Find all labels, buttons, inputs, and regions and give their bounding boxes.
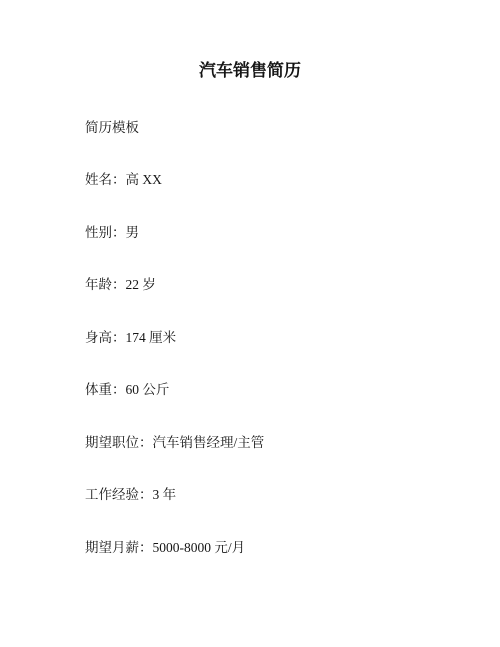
colon-separator: ： bbox=[112, 382, 126, 397]
field-gender: 性别：男 bbox=[85, 225, 139, 241]
field-name-value: 高 XX bbox=[126, 172, 162, 187]
field-expected-position-label: 期望职位 bbox=[85, 435, 139, 450]
resume-document-page: 汽车销售简历 简历模板 姓名：高 XX 性别：男 年龄：22 岁 身高：174 … bbox=[0, 0, 500, 647]
field-expected-salary: 期望月薪：5000-8000 元/月 bbox=[85, 540, 245, 556]
field-height-label: 身高 bbox=[85, 330, 112, 345]
field-expected-salary-value: 5000-8000 元/月 bbox=[153, 540, 246, 555]
field-expected-position: 期望职位：汽车销售经理/主管 bbox=[85, 435, 264, 451]
field-age: 年龄：22 岁 bbox=[85, 277, 156, 293]
field-weight-value: 60 公斤 bbox=[126, 382, 170, 397]
field-gender-label: 性别 bbox=[85, 225, 112, 240]
field-height-value: 174 厘米 bbox=[126, 330, 177, 345]
field-work-experience-value: 3 年 bbox=[153, 487, 177, 502]
field-age-value: 22 岁 bbox=[126, 277, 156, 292]
field-expected-salary-label: 期望月薪 bbox=[85, 540, 139, 555]
document-subtitle: 简历模板 bbox=[85, 120, 139, 136]
document-title: 汽车销售简历 bbox=[0, 61, 500, 81]
colon-separator: ： bbox=[139, 487, 153, 502]
field-work-experience-label: 工作经验 bbox=[85, 487, 139, 502]
field-age-label: 年龄 bbox=[85, 277, 112, 292]
field-height: 身高：174 厘米 bbox=[85, 330, 176, 346]
colon-separator: ： bbox=[112, 330, 126, 345]
field-weight: 体重：60 公斤 bbox=[85, 382, 169, 398]
field-work-experience: 工作经验：3 年 bbox=[85, 487, 176, 503]
field-expected-position-value: 汽车销售经理/主管 bbox=[153, 435, 265, 450]
colon-separator: ： bbox=[112, 277, 126, 292]
colon-separator: ： bbox=[139, 540, 153, 555]
colon-separator: ： bbox=[112, 225, 126, 240]
field-gender-value: 男 bbox=[126, 225, 140, 240]
field-name-label: 姓名 bbox=[85, 172, 112, 187]
field-weight-label: 体重 bbox=[85, 382, 112, 397]
field-name: 姓名：高 XX bbox=[85, 172, 162, 188]
colon-separator: ： bbox=[139, 435, 153, 450]
colon-separator: ： bbox=[112, 172, 126, 187]
